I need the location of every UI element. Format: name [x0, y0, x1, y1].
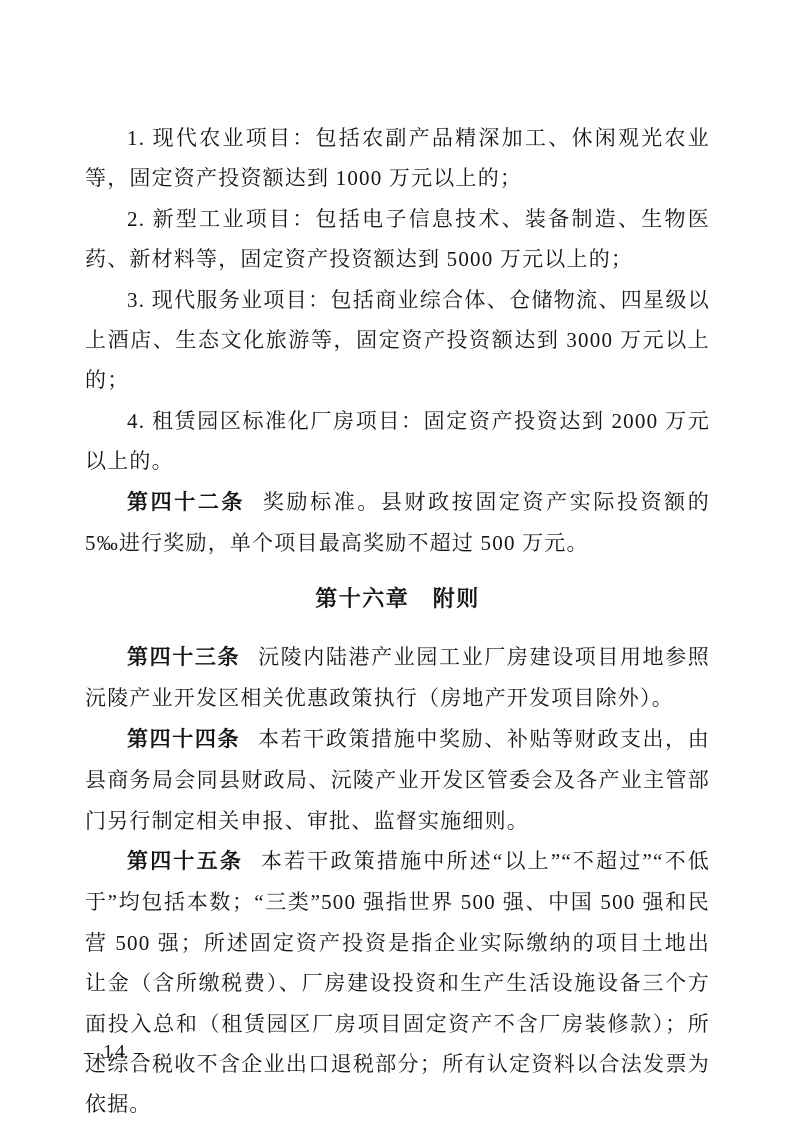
list-item-1: 1. 现代农业项目：包括农副产品精深加工、休闲观光农业等，固定资产投资额达到 1… — [85, 118, 710, 199]
list-item-3: 3. 现代服务业项目：包括商业综合体、仓储物流、四星级以上酒店、生态文化旅游等，… — [85, 280, 710, 401]
article-42-label: 第四十二条 — [127, 491, 245, 514]
article-45: 第四十五条本若干政策措施中所述“以上”“不超过”“不低于”均包括本数；“三类”5… — [85, 841, 710, 1122]
article-43-label: 第四十三条 — [127, 646, 240, 669]
article-45-label: 第四十五条 — [127, 850, 243, 873]
article-44-label: 第四十四条 — [127, 728, 240, 751]
chapter-16-heading: 第十六章 附则 — [85, 579, 710, 619]
article-45-text: 本若干政策措施中所述“以上”“不超过”“不低于”均包括本数；“三类”500 强指… — [85, 849, 710, 1116]
article-42: 第四十二条奖励标准。县财政按固定资产实际投资额的 5‰进行奖励，单个项目最高奖励… — [85, 482, 710, 564]
list-item-4: 4. 租赁园区标准化厂房项目：固定资产投资达到 2000 万元以上的。 — [85, 401, 710, 482]
article-44: 第四十四条本若干政策措施中奖励、补贴等财政支出，由县商务局会同县财政局、沅陵产业… — [85, 719, 710, 841]
page-number: – 14 – — [84, 1041, 146, 1064]
article-43: 第四十三条沅陵内陆港产业园工业厂房建设项目用地参照沅陵产业开发区相关优惠政策执行… — [85, 637, 710, 719]
document-body: 1. 现代农业项目：包括农副产品精深加工、休闲观光农业等，固定资产投资额达到 1… — [85, 118, 710, 1122]
document-page: 1. 现代农业项目：包括农副产品精深加工、休闲观光农业等，固定资产投资额达到 1… — [0, 0, 793, 1122]
list-item-2: 2. 新型工业项目：包括电子信息技术、装备制造、生物医药、新材料等，固定资产投资… — [85, 199, 710, 280]
